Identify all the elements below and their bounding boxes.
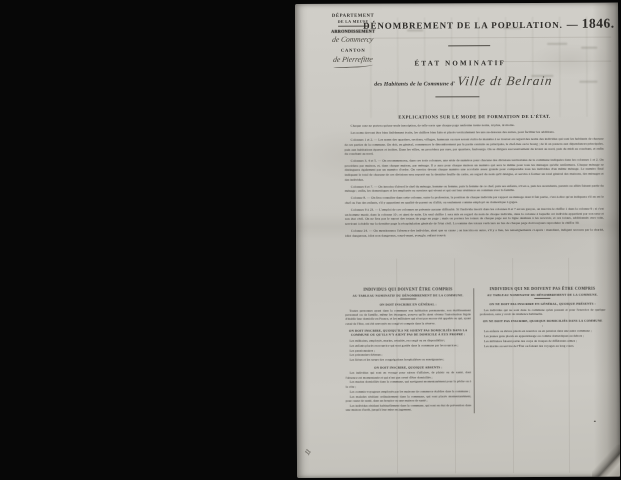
instruction-item: Les individus résidant habituellement da… — [346, 403, 472, 412]
commune-line: des Habitants de la Commune d'Ville dt B… — [335, 72, 591, 91]
include-column-heading: INDIVIDUS QUI DOIVENT ÊTRE COMPRIS AU TA… — [345, 287, 471, 300]
etat-nominatif-heading: ÉTAT NOMINATIF — [363, 59, 557, 68]
page-title: DÉNOMBREMENT DE LA POPULATION. — 1846. — [363, 15, 557, 34]
include-column: INDIVIDUS QUI DOIVENT ÊTRE COMPRIS AU TA… — [345, 287, 471, 413]
include-heading-line2: AU TABLEAU NOMINATIF DU DÉNOMBREMENT DE … — [345, 293, 471, 298]
subheading: ON NE DOIT PAS INSCRIRE, QUOIQUE DOMICIL… — [482, 319, 604, 328]
pencil-annotation: 11 — [302, 448, 312, 457]
canton-label: CANTON — [313, 48, 393, 53]
commune-handwritten-name: Ville dt Belrain — [456, 73, 553, 89]
title-divider — [448, 45, 490, 46]
commune-printed-text: des Habitants de la Commune d' — [374, 81, 455, 87]
census-document-page: DÉPARTEMENT DE LA MEUSE ARRONDISSEMENT d… — [295, 3, 620, 478]
exclude-heading-line1: INDIVIDUS QUI NE DOIVENT PAS ÊTRE COMPRI… — [480, 287, 606, 293]
exclude-column: INDIVIDUS QUI NE DOIVENT PAS ÊTRE COMPRI… — [480, 287, 606, 413]
explanations-paragraphs: Chaque case ne portera qu'une seule insc… — [345, 123, 605, 241]
instruction-item: Toutes personnes ayant dans la commune s… — [345, 308, 471, 326]
explanation-paragraph: Colonne 24. — On mentionnera l'absence d… — [345, 228, 604, 238]
heading-rule — [535, 298, 551, 299]
subheading: ON NE DOIT PAS INSCRIRE EN GÉNÉRAL, QUOI… — [482, 302, 604, 307]
subtitle-divider — [435, 96, 479, 97]
instruction-item: Les individus qui ne sont dans la commun… — [480, 308, 606, 317]
arrondissement-handwritten-value: de Commercy — [332, 35, 374, 44]
explanation-paragraph: Colonnes 9 à 23. — L'emploi de ces colon… — [345, 207, 604, 226]
instruction-item: Les malades résidant ordinairement dans … — [346, 394, 472, 403]
ink-speck — [594, 421, 596, 422]
include-heading-line1: INDIVIDUS QUI DOIVENT ÊTRE COMPRIS — [345, 287, 471, 293]
title-year: 1846. — [582, 16, 615, 31]
page-corner-curl — [592, 445, 620, 477]
scanner-background: DÉPARTEMENT DE LA MEUSE ARRONDISSEMENT d… — [0, 0, 621, 480]
subheading: ON DOIT INSCRIRE EN GÉNÉRAL : — [347, 303, 469, 308]
explanation-paragraph: Chaque case ne portera qu'une seule insc… — [345, 123, 604, 129]
instruction-item: Les enfants placés en nourrice qui sont … — [345, 343, 471, 348]
instruction-item: Les commis-voyageurs employés par les ma… — [346, 389, 472, 394]
subheading: ON DOIT INSCRIRE, QUOIQUE ABSENTS : — [348, 365, 470, 370]
explanation-paragraph: Colonne 8. — On fera connaître dans cett… — [345, 195, 604, 205]
show-through-line — [373, 37, 611, 39]
instruction-item: Les frères et les sœurs des congrégation… — [346, 358, 472, 363]
explanations-heading: EXPLICATIONS SUR LE MODE DE FORMATION DE… — [345, 114, 603, 120]
exclude-heading-line2: AU TABLEAU NOMINATIF DU DÉNOMBREMENT DE … — [480, 293, 606, 298]
explanation-paragraph: Colonnes 6 et 7. — On inscrira d'abord l… — [345, 183, 604, 193]
show-through-text-smudge — [581, 47, 597, 49]
explanation-paragraph: Colonnes 1 et 2. — Les noms des quartier… — [345, 137, 604, 156]
instruction-item: Les marins au service de l'État ou faisa… — [480, 344, 606, 349]
heading-rule — [400, 299, 416, 300]
title-dash: — — [567, 19, 578, 31]
exclude-column-heading: INDIVIDUS QUI NE DOIVENT PAS ÊTRE COMPRI… — [480, 287, 606, 300]
title-text: DÉNOMBREMENT DE LA POPULATION. — [363, 20, 563, 31]
instruction-item: Les marins domiciliés dans la commune, q… — [346, 380, 472, 389]
explanation-paragraph: Les noms devront être bien lisiblement é… — [345, 130, 604, 136]
instructions-columns: INDIVIDUS QUI DOIVENT ÊTRE COMPRIS AU TA… — [345, 287, 606, 413]
show-through-text-smudge — [547, 43, 567, 45]
subheading: ON DOIT INSCRIRE, QUOIQU'ILS NE SOIENT P… — [347, 328, 469, 337]
instruction-item: Les individus qui sont en voyage pour ra… — [346, 370, 472, 379]
explanation-paragraph: Colonnes 3, 4 et 5. — On recommencera, d… — [345, 158, 604, 182]
